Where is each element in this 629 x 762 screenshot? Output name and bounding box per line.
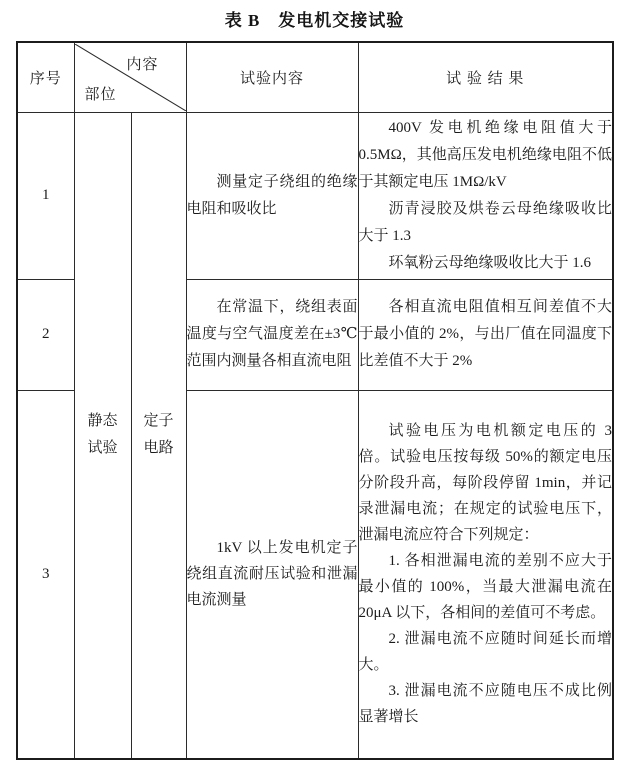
row-2-test-content: 在常温下，绕组表面温度与空气温度差在±3℃范围内测量各相直流电阻: [186, 279, 358, 390]
diagonal-cell-wrap: 内容 部位: [75, 44, 186, 111]
table-title: 表 B 发电机交接试验: [0, 6, 629, 31]
table-row-1: 1 静态试验 定子电路 测量定子绕组的绝缘电阻和吸收比 400V 发电机绝缘电阻…: [17, 112, 613, 279]
header-diag-part-label: 部位: [85, 83, 117, 104]
paragraph: 电路: [132, 435, 186, 462]
header-diagonal-cell: 内容 部位: [74, 42, 186, 112]
paragraph: 在常温下，绕组表面温度与空气温度差在±3℃范围内测量各相直流电阻: [187, 294, 358, 375]
paragraph: 各相直流电阻值相互间差值不大于最小值的 2%，与出厂值在同温度下比差值不大于 2…: [359, 294, 613, 375]
row-1-number: 1: [17, 112, 74, 279]
paragraph: 沥青浸胶及烘卷云母绝缘吸收比大于 1.3: [359, 196, 613, 250]
paragraph: 定子: [132, 408, 186, 435]
header-test-content: 试验内容: [186, 42, 358, 112]
paragraph: 试验电压为电机额定电压的 3 倍。试验电压按每级 50%的额定电压分阶段升高，每…: [359, 418, 613, 548]
header-row: 序号 内容 部位 试验内容 试 验 结 果: [17, 42, 613, 112]
row-3-test-content: 1kV 以上发电机定子绕组直流耐压试验和泄漏电流测量: [186, 390, 358, 759]
row-2-number: 2: [17, 279, 74, 390]
row-1-test-result: 400V 发电机绝缘电阻值大于0.5MΩ，其他高压发电机绝缘电阻不低于其额定电压…: [358, 112, 613, 279]
document-page: 表 B 发电机交接试验 序号 内容 部位: [0, 0, 629, 762]
paragraph: 3. 泄漏电流不应随电压不成比例显著增长: [359, 678, 613, 730]
row-2-test-result: 各相直流电阻值相互间差值不大于最小值的 2%，与出厂值在同温度下比差值不大于 2…: [358, 279, 613, 390]
row-3-test-result: 试验电压为电机额定电压的 3 倍。试验电压按每级 50%的额定电压分阶段升高，每…: [358, 390, 613, 759]
generator-handover-test-table: 序号 内容 部位 试验内容 试 验 结 果 1 静态试验 定子电路: [16, 41, 614, 760]
row-3-number: 3: [17, 390, 74, 759]
paragraph: 1kV 以上发电机定子绕组直流耐压试验和泄漏电流测量: [187, 535, 358, 613]
paragraph: 400V 发电机绝缘电阻值大于0.5MΩ，其他高压发电机绝缘电阻不低于其额定电压…: [359, 115, 613, 196]
paragraph: 环氧粉云母绝缘吸收比大于 1.6: [359, 250, 613, 277]
part-cell: 定子电路: [131, 112, 186, 759]
paragraph: 试验: [75, 435, 131, 462]
paragraph: 测量定子绕组的绝缘电阻和吸收比: [187, 169, 358, 223]
paragraph: 2. 泄漏电流不应随时间延长而增大。: [359, 626, 613, 678]
header-diag-content-label: 内容: [126, 53, 158, 74]
header-seq: 序号: [17, 42, 74, 112]
paragraph: 1. 各相泄漏电流的差别不应大于最小值的 100%，当最大泄漏电流在 20μA …: [359, 548, 613, 626]
paragraph: 静态: [75, 408, 131, 435]
row-1-test-content: 测量定子绕组的绝缘电阻和吸收比: [186, 112, 358, 279]
test-type-cell: 静态试验: [74, 112, 131, 759]
header-test-result: 试 验 结 果: [358, 42, 613, 112]
